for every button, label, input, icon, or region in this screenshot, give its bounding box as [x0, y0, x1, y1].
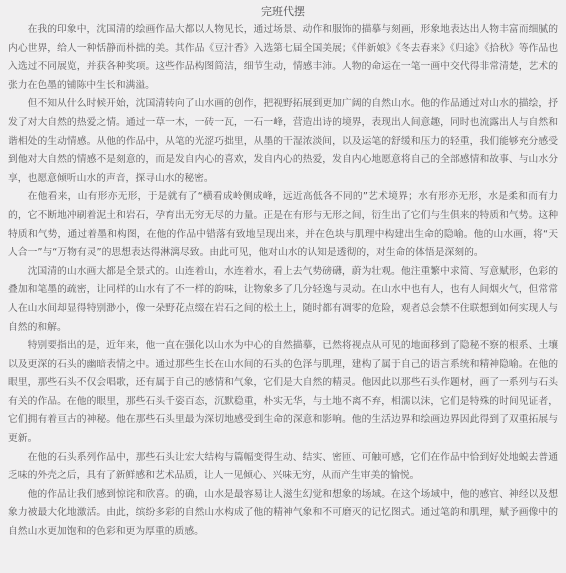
article-body: 在我的印象中，沈国清的绘画作品大都以人物见长，通过场景、动作和服饰的描摹与刻画，…	[8, 21, 558, 542]
paragraph-6: 在他的石头系列作品中，那些石头让宏大结构与篇幅变得生动、结实、密匝、可触可感，它…	[8, 449, 558, 486]
paragraph-4: 沈国清的山水画大都是全景式的。山连着山，水连着水，看上去气势磅礴，蔚为壮观。他注…	[8, 263, 558, 337]
paragraph-3: 在他看来，山有形亦无形，于是就有了“横看成岭侧成峰，远近高低各不同的”艺术境界；…	[8, 188, 558, 262]
document-page: 完班代摆 在我的印象中，沈国清的绘画作品大都以人物见长，通过场景、动作和服饰的描…	[0, 0, 566, 573]
paragraph-2: 但不知从什么时候开始，沈国清转向了山水画的创作，把视野拓展到更加广阔的自然山水。…	[8, 95, 558, 188]
paragraph-1: 在我的印象中，沈国清的绘画作品大都以人物见长，通过场景、动作和服饰的描摹与刻画，…	[8, 21, 558, 95]
paragraph-5: 特别要指出的是，近年来，他一直在强化以山水为中心的自然描摹，已然将视点从可见的地…	[8, 337, 558, 449]
page-title: 完班代摆	[8, 3, 558, 20]
paragraph-7: 他的作品让我们感到惊诧和欣喜。的确，山水是最容易让人滋生幻觉和想象的场域。在这个…	[8, 486, 558, 542]
